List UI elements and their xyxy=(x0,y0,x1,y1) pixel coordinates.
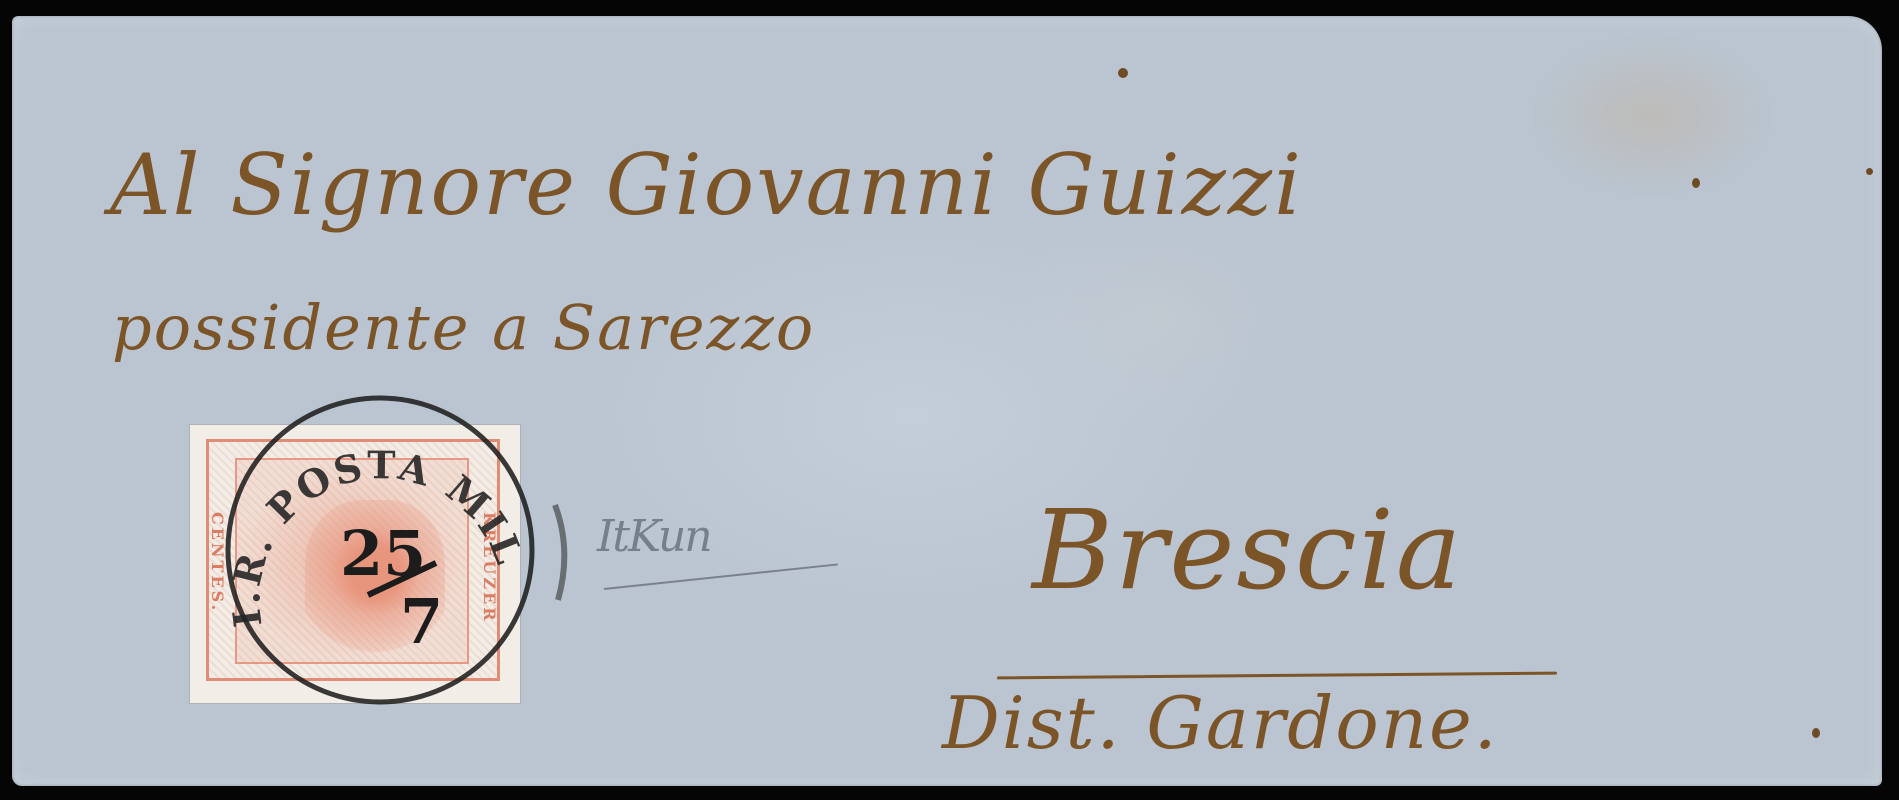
ink-speck xyxy=(1118,68,1128,78)
city-underline xyxy=(997,672,1557,680)
postmark-month: 7 xyxy=(400,585,443,658)
postmark-cancellation: I.R. POSTA MILITARE N. 25 7 xyxy=(200,385,560,715)
address-line-occupation: possidente a Sarezzo xyxy=(112,291,815,364)
pencil-annotation: ItKun xyxy=(597,511,711,562)
postmark-day: 25 xyxy=(340,517,426,590)
address-line-recipient: Al Signore Giovanni Guizzi xyxy=(110,136,1303,234)
address-district: Dist. Gardone. xyxy=(942,681,1499,765)
ink-speck xyxy=(1812,728,1820,738)
address-city: Brescia xyxy=(1032,486,1463,614)
ink-speck xyxy=(1692,178,1700,188)
ink-speck xyxy=(1866,168,1873,175)
pencil-stroke xyxy=(604,563,838,590)
